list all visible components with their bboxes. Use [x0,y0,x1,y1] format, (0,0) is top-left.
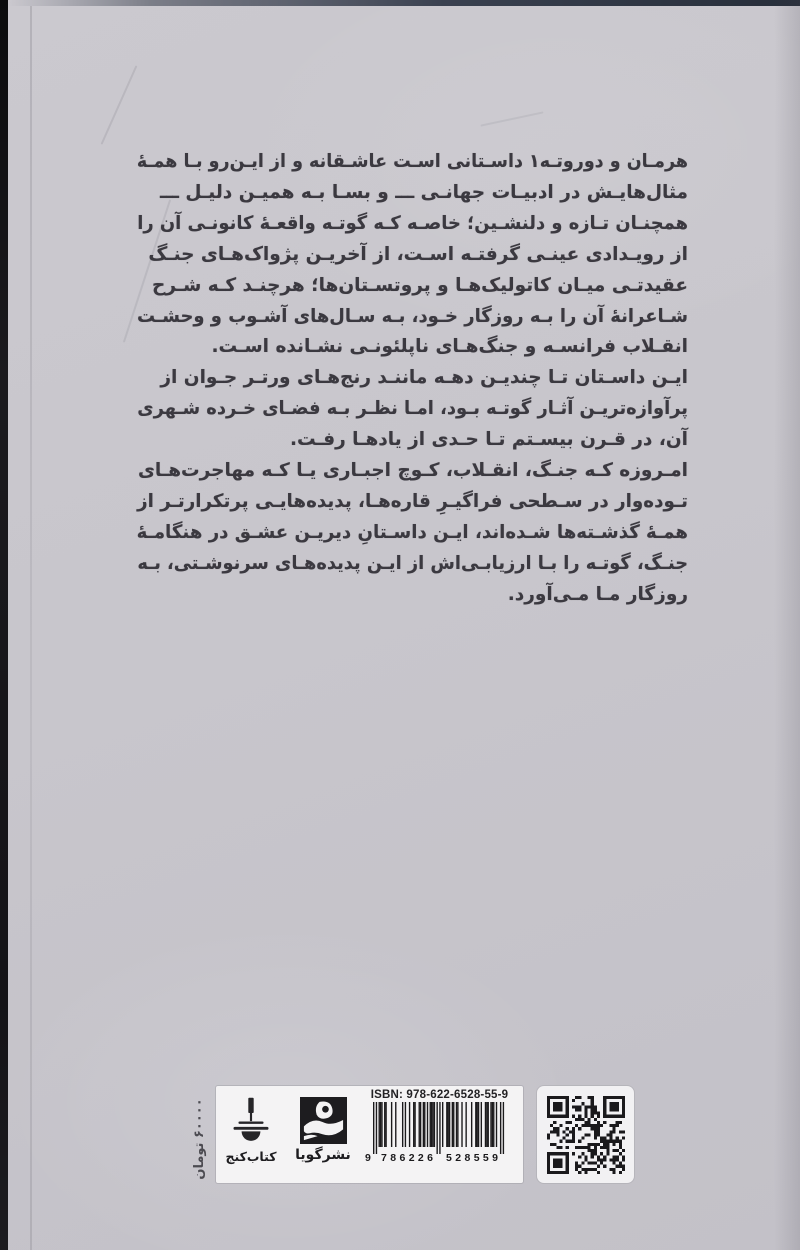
text-line: ایـن داسـتان تـا چندیـن دهـه ماننـد رنج‌… [137,363,688,394]
text-line: هرمـان و دوروتـه۱ داسـتانی اسـت عاشـقانه… [167,147,688,178]
text-line: پرآوازه‌تریـن آثـار گوتـه بـود، امـا نظـ… [157,394,688,425]
svg-text:528559: 528559 [446,1152,498,1164]
qr-code-box [537,1086,634,1183]
book-edge-right-shadow [774,0,800,1250]
back-cover-blurb: هرمـان و دوروتـه۱ داسـتانی اسـت عاشـقانه… [137,147,688,611]
book-back-cover: هرمـان و دوروتـه۱ داسـتانی اسـت عاشـقانه… [0,0,800,1250]
svg-text:786226: 786226 [381,1152,433,1164]
cover-crease [30,6,32,1250]
ketab-konj-label: کتاب‌کنج [225,1149,276,1164]
qr-code-icon [547,1096,625,1174]
text-line: مثال‌هایـش در ادبیـات جهانـی ـــ و بسـا … [137,178,688,209]
text-line: آن، در قـرن بیسـتم تـا حـدی از یادهـا رف… [137,425,688,456]
text-line: انقـلاب فرانسـه و جنگ‌هـای ناپلئونـی نشـ… [137,332,688,363]
book-edge-top [8,0,800,6]
book-edge-left [0,0,8,1250]
publisher-label-box: کتاب‌کنج نشرگویا ISBN: 978-622-6528-55-9… [216,1086,523,1183]
text-line: امـروزه کـه جنـگ، انقـلاب، کـوچ اجبـاری … [137,456,688,487]
text-line: جنـگ، گوتـه را بـا ارزیابـی‌اش از ایـن پ… [159,549,688,580]
svg-text:9: 9 [365,1152,371,1164]
hanging-lamp-icon [231,1096,271,1148]
text-line: شـاعرانهٔ آن را بـه روزگار خـود، بـه سـا… [153,302,688,333]
ketab-konj-logo: کتاب‌کنج [216,1096,286,1164]
ean13-barcode: 9 786226 528559 [364,1102,516,1164]
text-line: تـوده‌وار در سـطحی فراگیـرِ قاره‌هـا، پد… [144,487,688,518]
text-line: همچنـان تـازه و دلنشـین؛ خاصـه کـه گوتـه… [155,209,688,240]
text-line: از رویـدادی عینـی گرفتـه اسـت، از آخریـن… [137,240,688,271]
text-line: همـهٔ گذشـته‌ها شـده‌اند، ایـن داسـتانِ … [148,518,688,549]
gooya-mark-icon [300,1097,347,1144]
barcode-block: ISBN: 978-622-6528-55-9 9 786226 528559 [360,1089,523,1164]
gooya-label: نشرگویا [295,1147,351,1163]
isbn-text: ISBN: 978-622-6528-55-9 [371,1089,509,1101]
price-label: ۶۰۰۰۰ تومان [188,1083,212,1195]
text-line: روزگار مـا مـی‌آورد. [137,580,688,611]
text-line: عقیدتـی میـان کاتولیک‌هـا و پروتسـتان‌ها… [137,271,688,302]
gooya-publisher-logo: نشرگویا [286,1097,360,1163]
